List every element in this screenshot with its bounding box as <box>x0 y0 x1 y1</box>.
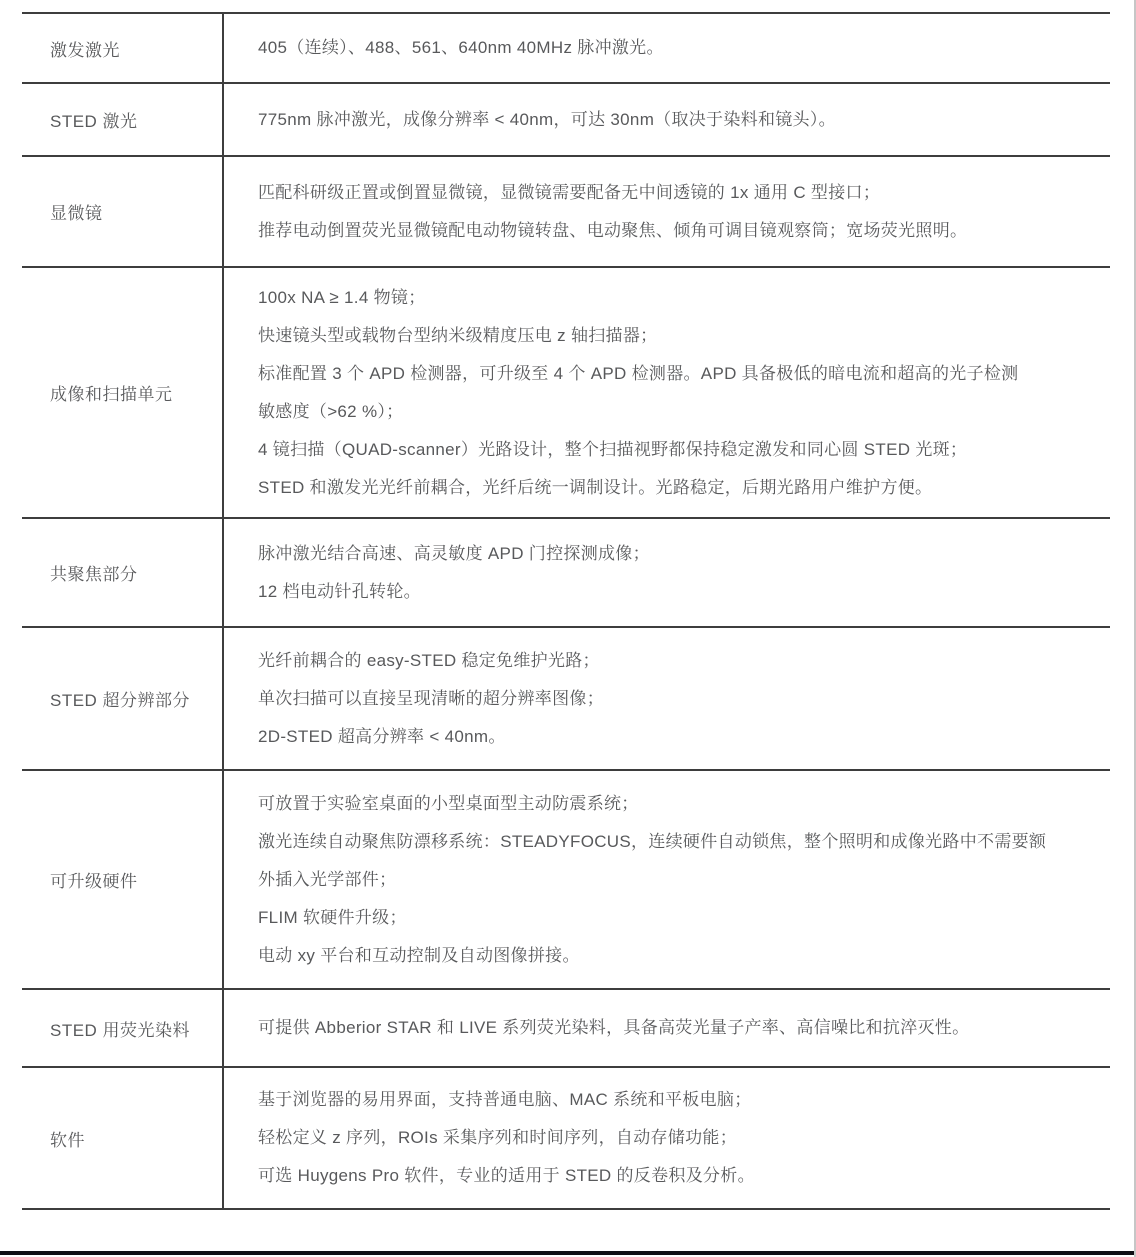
row-content: 脉冲激光结合高速、高灵敏度 APD 门控探测成像； 12 档电动针孔转轮。 <box>222 519 1110 626</box>
content-line: 敏感度（>62 %）； <box>258 393 1110 431</box>
row-content: 405（连续）、488、561、640nm 40MHz 脉冲激光。 <box>222 14 1110 82</box>
row-content: 775nm 脉冲激光，成像分辨率 < 40nm，可达 30nm（取决于染料和镜头… <box>222 84 1110 155</box>
content-line: 推荐电动倒置荧光显微镜配电动物镜转盘、电动聚焦、倾角可调目镜观察筒；宽场荧光照明… <box>258 212 1110 250</box>
row-label: 共聚焦部分 <box>22 519 222 626</box>
content-line: 脉冲激光结合高速、高灵敏度 APD 门控探测成像； <box>258 535 1110 573</box>
row-label: 成像和扫描单元 <box>22 268 222 517</box>
table-row-confocal-part: 共聚焦部分 脉冲激光结合高速、高灵敏度 APD 门控探测成像； 12 档电动针孔… <box>22 519 1110 628</box>
content-line: 100x NA ≥ 1.4 物镜； <box>258 279 1110 317</box>
row-label: 软件 <box>22 1068 222 1208</box>
content-line: 激光连续自动聚焦防漂移系统：STEADYFOCUS，连续硬件自动锁焦，整个照明和… <box>258 823 1110 861</box>
row-label: 显微镜 <box>22 157 222 266</box>
content-line: 匹配科研级正置或倒置显微镜，显微镜需要配备无中间透镜的 1x 通用 C 型接口； <box>258 174 1110 212</box>
content-line: 光纤前耦合的 easy-STED 稳定免维护光路； <box>258 642 1110 680</box>
content-line: FLIM 软硬件升级； <box>258 899 1110 937</box>
row-content: 可提供 Abberior STAR 和 LIVE 系列荧光染料，具备高荧光量子产… <box>222 990 1110 1066</box>
content-line: 12 档电动针孔转轮。 <box>258 573 1110 611</box>
table-row-upgradable-hardware: 可升级硬件 可放置于实验室桌面的小型桌面型主动防震系统； 激光连续自动聚焦防漂移… <box>22 771 1110 990</box>
content-line: 快速镜头型或载物台型纳米级精度压电 z 轴扫描器； <box>258 317 1110 355</box>
table-row-excitation-laser: 激发激光 405（连续）、488、561、640nm 40MHz 脉冲激光。 <box>22 14 1110 84</box>
row-label: 激发激光 <box>22 14 222 82</box>
content-line: 基于浏览器的易用界面，支持普通电脑、MAC 系统和平板电脑； <box>258 1081 1110 1119</box>
table-row-sted-superres-part: STED 超分辨部分 光纤前耦合的 easy-STED 稳定免维护光路； 单次扫… <box>22 628 1110 771</box>
content-line: 775nm 脉冲激光，成像分辨率 < 40nm，可达 30nm（取决于染料和镜头… <box>258 101 1110 139</box>
content-line: 可放置于实验室桌面的小型桌面型主动防震系统； <box>258 785 1110 823</box>
row-label: STED 激光 <box>22 84 222 155</box>
row-content: 匹配科研级正置或倒置显微镜，显微镜需要配备无中间透镜的 1x 通用 C 型接口；… <box>222 157 1110 266</box>
row-content: 可放置于实验室桌面的小型桌面型主动防震系统； 激光连续自动聚焦防漂移系统：STE… <box>222 771 1110 988</box>
table-row-sted-dyes: STED 用荧光染料 可提供 Abberior STAR 和 LIVE 系列荧光… <box>22 990 1110 1068</box>
content-line: 2D-STED 超高分辨率 < 40nm。 <box>258 718 1110 756</box>
spec-sheet-page: 激发激光 405（连续）、488、561、640nm 40MHz 脉冲激光。 S… <box>0 0 1136 1257</box>
content-line: 可提供 Abberior STAR 和 LIVE 系列荧光染料，具备高荧光量子产… <box>258 1009 1110 1047</box>
row-content: 基于浏览器的易用界面，支持普通电脑、MAC 系统和平板电脑； 轻松定义 z 序列… <box>222 1068 1110 1208</box>
table-row-sted-laser: STED 激光 775nm 脉冲激光，成像分辨率 < 40nm，可达 30nm（… <box>22 84 1110 157</box>
content-line: 标准配置 3 个 APD 检测器，可升级至 4 个 APD 检测器。APD 具备… <box>258 355 1110 393</box>
row-label: STED 用荧光染料 <box>22 990 222 1066</box>
content-line: STED 和激发光光纤前耦合，光纤后统一调制设计。光路稳定，后期光路用户维护方便… <box>258 469 1110 507</box>
content-line: 405（连续）、488、561、640nm 40MHz 脉冲激光。 <box>258 29 1110 67</box>
content-line: 外插入光学部件； <box>258 861 1110 899</box>
content-line: 单次扫描可以直接呈现清晰的超分辨率图像； <box>258 680 1110 718</box>
row-content: 100x NA ≥ 1.4 物镜； 快速镜头型或载物台型纳米级精度压电 z 轴扫… <box>222 268 1110 517</box>
row-content: 光纤前耦合的 easy-STED 稳定免维护光路； 单次扫描可以直接呈现清晰的超… <box>222 628 1110 769</box>
content-line: 电动 xy 平台和互动控制及自动图像拼接。 <box>258 937 1110 975</box>
spec-table: 激发激光 405（连续）、488、561、640nm 40MHz 脉冲激光。 S… <box>22 12 1110 1210</box>
row-label: 可升级硬件 <box>22 771 222 988</box>
content-line: 可选 Huygens Pro 软件，专业的适用于 STED 的反卷积及分析。 <box>258 1157 1110 1195</box>
table-row-software: 软件 基于浏览器的易用界面，支持普通电脑、MAC 系统和平板电脑； 轻松定义 z… <box>22 1068 1110 1210</box>
footer-bar <box>0 1251 1136 1255</box>
content-line: 4 镜扫描（QUAD-scanner）光路设计，整个扫描视野都保持稳定激发和同心… <box>258 431 1110 469</box>
table-row-microscope: 显微镜 匹配科研级正置或倒置显微镜，显微镜需要配备无中间透镜的 1x 通用 C … <box>22 157 1110 268</box>
content-line: 轻松定义 z 序列，ROIs 采集序列和时间序列，自动存储功能； <box>258 1119 1110 1157</box>
row-label: STED 超分辨部分 <box>22 628 222 769</box>
table-row-imaging-scanning-unit: 成像和扫描单元 100x NA ≥ 1.4 物镜； 快速镜头型或载物台型纳米级精… <box>22 268 1110 519</box>
